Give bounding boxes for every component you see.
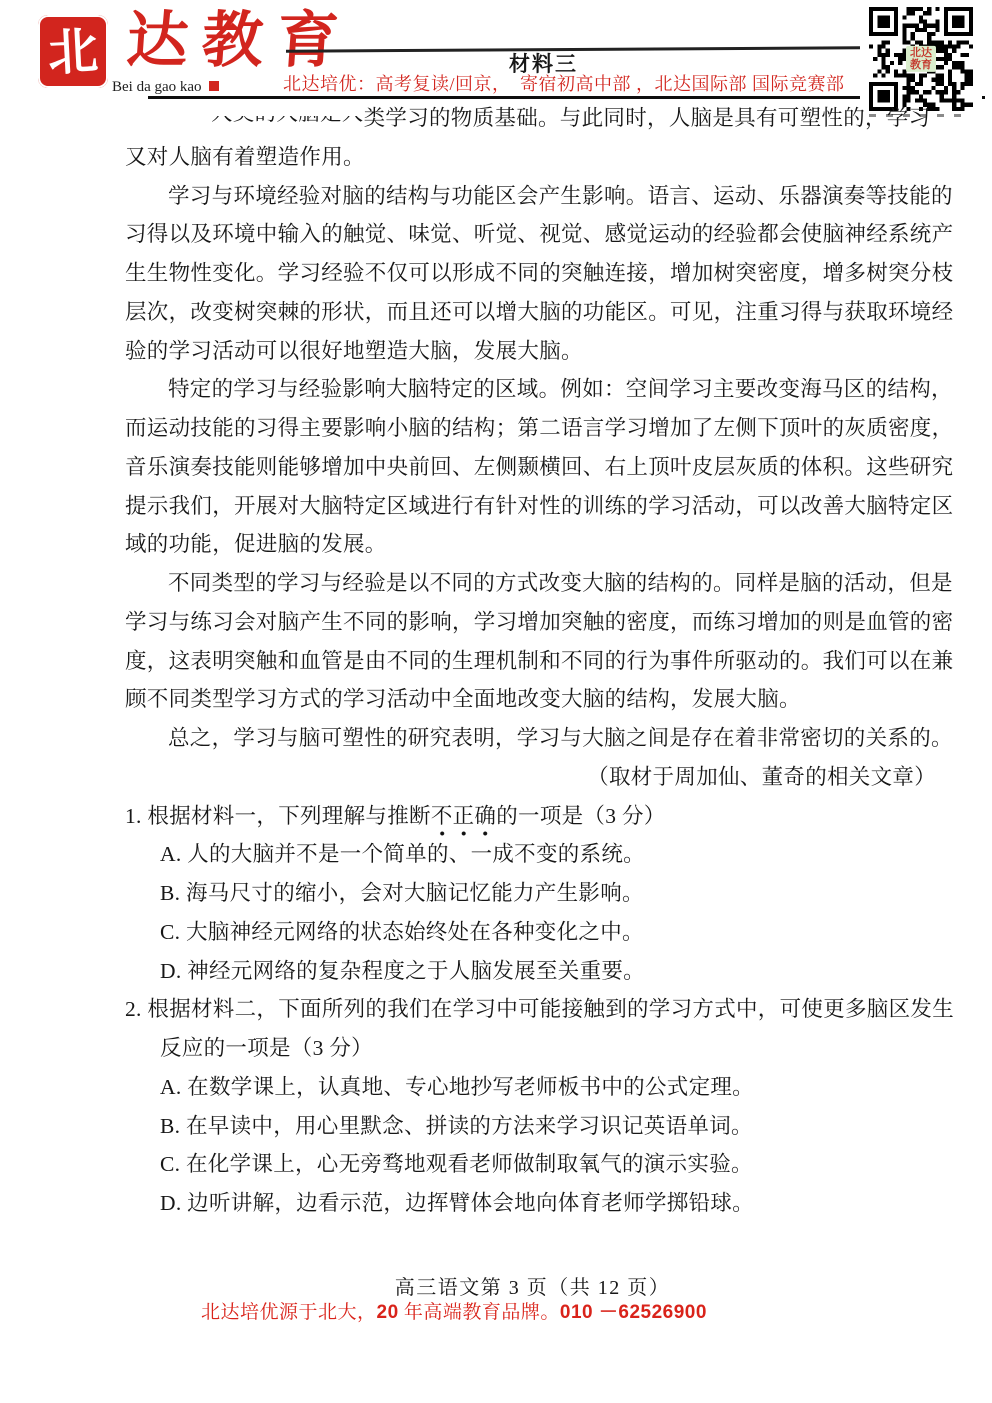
emphasized-text: 不正确 xyxy=(431,797,496,836)
question-1-stem: 1. 根据材料一，下列理解与推断不正确的一项是（3 分） xyxy=(125,797,940,836)
question-2-option-B: B. 在早读中，用心里默念、拼读的方法来学习识记英语单词。 xyxy=(125,1107,940,1146)
page-number: 高三语文第 3 页（共 12 页） xyxy=(125,1271,940,1300)
article-line: 提示我们，开展对大脑特定区域进行有针对性的训练的学习活动，可以改善大脑特定区 xyxy=(125,487,940,526)
footer-slogan-part: 北达培优源于北大， xyxy=(201,1302,377,1323)
article-line: 总之，学习与脑可塑性的研究表明，学习与大脑之间是存在着非常密切的关系的。 xyxy=(125,719,940,758)
question-1-option-A: A. 人的大脑并不是一个简单的、一成不变的系统。 xyxy=(125,835,940,874)
question-1-option-B: B. 海马尺寸的缩小，会对大脑记忆能力产生影响。 xyxy=(125,874,940,913)
question-2-option-A: A. 在数学课上，认真地、专心地抄写老师板书中的公式定理。 xyxy=(125,1068,940,1107)
article-line: 音乐演奏技能则能够增加中央前回、左侧颞横回、右上顶叶皮层灰质的体积。这些研究 xyxy=(125,448,940,487)
article-line: 学习与练习会对脑产生不同的影响，学习增加突触的密度，而练习增加的则是血管的密 xyxy=(125,603,940,642)
footer-slogan-part: 20 xyxy=(377,1302,399,1323)
clipped-text: 人类的大脑是人 xyxy=(168,116,364,128)
question-2-stem-cont: 反应的一项是（3 分） xyxy=(125,1029,940,1068)
footer-slogan-part: 010 －62526900 xyxy=(560,1302,707,1323)
article-line: 不同类型的学习与经验是以不同的方式改变大脑的结构的。同样是脑的活动，但是 xyxy=(125,564,940,603)
qr-label-line2: 教育 xyxy=(910,59,932,71)
article-line: 度，这表明突触和血管是由不同的生理机制和不同的行为事件所驱动的。我们可以在兼 xyxy=(125,642,940,681)
brand-subtitle: Bei da gao kao xyxy=(112,79,219,96)
article-line: 学习与环境经验对脑的结构与功能区会产生影响。语言、运动、乐器演奏等技能的 xyxy=(125,177,940,216)
question-2-option-C: C. 在化学课上，心无旁骛地观看老师做制取氧气的演示实验。 xyxy=(125,1145,940,1184)
article-line: 而运动技能的习得主要影响小脑的结构；第二语言学习增加了左侧下顶叶的灰质密度， xyxy=(125,409,940,448)
article-line: 习得以及环境中输入的触觉、味觉、听觉、视觉、感觉运动的经验都会使脑神经系统产 xyxy=(125,215,940,254)
article-line: 域的功能，促进脑的发展。 xyxy=(125,525,940,564)
seal-character: 北 xyxy=(47,25,100,78)
qr-code: 北达 教育 xyxy=(860,5,982,112)
qr-label-line1: 北达 xyxy=(910,46,932,58)
question-1-option-C: C. 大脑神经元网络的状态始终处在各种变化之中。 xyxy=(125,913,940,952)
article-line: 生生物性变化。学习经验不仅可以形成不同的突触连接，增加树突密度，增多树突分枝 xyxy=(125,254,940,293)
qr-center-label: 北达 教育 xyxy=(906,45,936,71)
brand-seal-logo: 北 xyxy=(38,15,108,88)
article-line-clipped: 人类的大脑是人类学习的物质基础。与此同时，人脑是具有可塑性的，学习 xyxy=(125,99,940,138)
question-2-option-D: D. 边听讲解，边看示范，边挥臂体会地向体育老师学掷铅球。 xyxy=(125,1184,940,1223)
brand-name: 达教育 xyxy=(125,8,355,75)
footer-slogan-part: 年高端教育品牌。 xyxy=(399,1302,560,1323)
section-title: 材料三 xyxy=(509,48,578,78)
article-line: 顾不同类型学习方式的学习活动中全面地改变大脑的结构，发展大脑。 xyxy=(125,680,940,719)
article-body: 人类的大脑是人类学习的物质基础。与此同时，人脑是具有可塑性的，学习又对人脑有着塑… xyxy=(125,99,940,1223)
brand-subtitle-text: Bei da gao kao xyxy=(112,79,202,95)
article-source: （取材于周加仙、董奇的相关文章） xyxy=(125,758,940,797)
question-2-stem: 2. 根据材料二，下面所列的我们在学习中可能接触到的学习方式中，可使更多脑区发生 xyxy=(125,990,940,1029)
exam-page: 北 达教育 Bei da gao kao 北达培优：高考复读/回京， 寄宿初高中… xyxy=(0,0,992,1403)
article-line: 特定的学习与经验影响大脑特定的区域。例如：空间学习主要改变海马区的结构， xyxy=(125,370,940,409)
red-square-bullet-icon xyxy=(209,81,219,91)
article-line: 层次，改变树突棘的形状，而且还可以增大脑的功能区。可见，注重习得与获取环境经 xyxy=(125,293,940,332)
article-line: 又对人脑有着塑造作用。 xyxy=(125,138,940,177)
footer-slogan: 北达培优源于北大，20 年高端教育品牌。010 －62526900 xyxy=(201,1297,707,1324)
question-1-option-D: D. 神经元网络的复杂程度之于人脑发展至关重要。 xyxy=(125,952,940,991)
article-line: 验的学习活动可以很好地塑造大脑，发展大脑。 xyxy=(125,332,940,371)
